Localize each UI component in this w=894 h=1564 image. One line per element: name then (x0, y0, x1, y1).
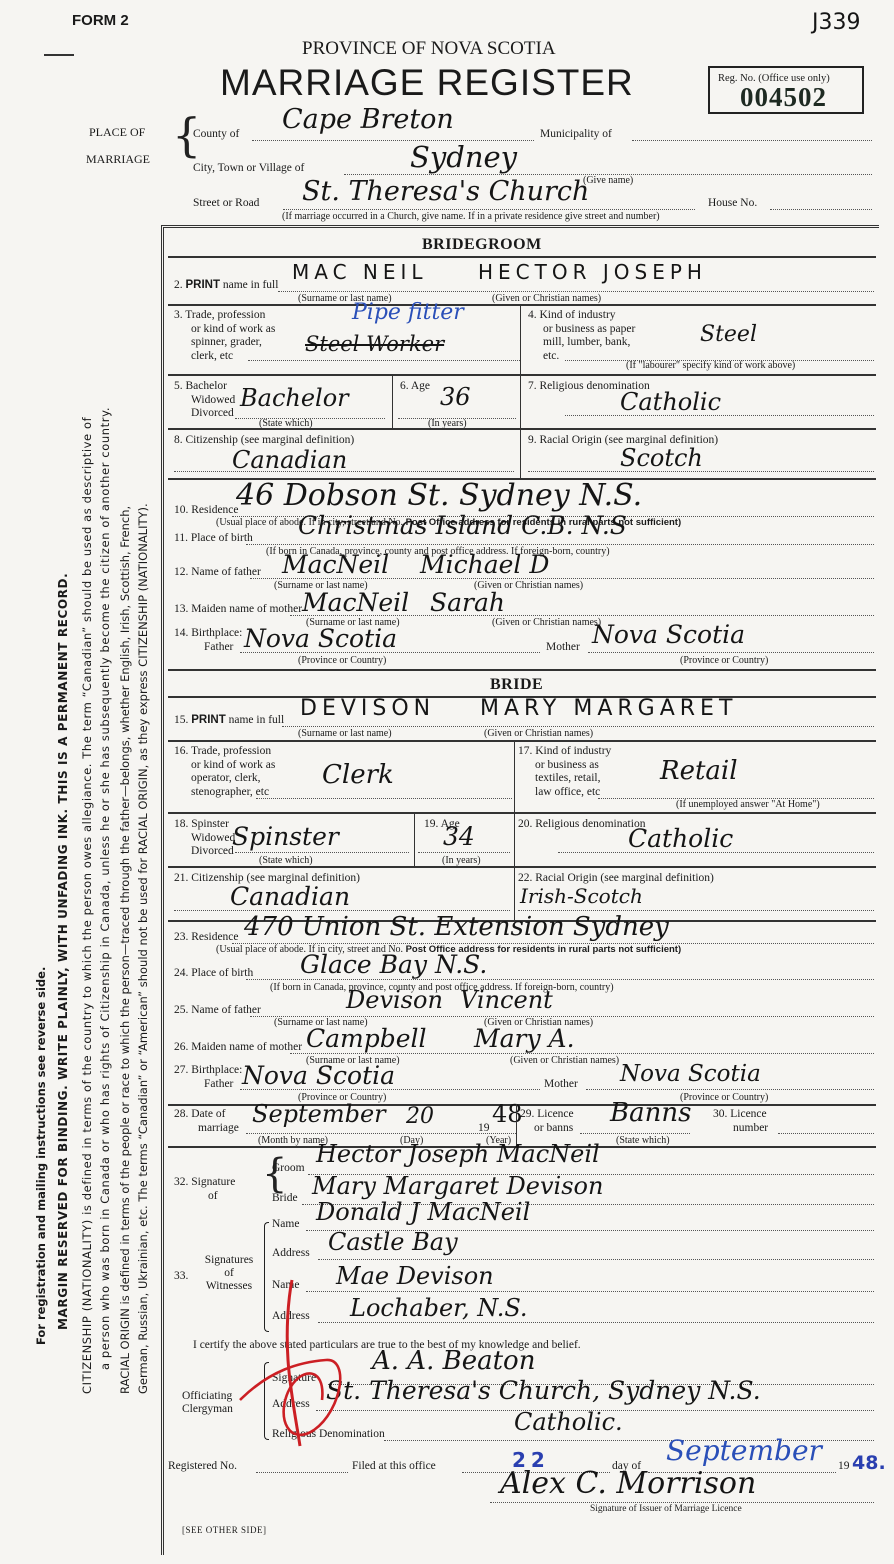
registered-no-line (256, 1472, 348, 1473)
divider-v (392, 374, 393, 428)
groom-age[interactable]: 36 (440, 383, 471, 411)
witness-1-address-line (318, 1259, 874, 1260)
field-29-line (580, 1133, 690, 1134)
give-name-note: (Give name) (583, 175, 633, 186)
street-label: Street or Road (193, 197, 259, 209)
field-18-line (235, 852, 409, 853)
divider (168, 428, 876, 430)
bride-father-surname[interactable]: Devison (346, 986, 443, 1014)
groom-residence[interactable]: 46 Dobson St. Sydney N.S. (236, 478, 642, 513)
bride-birthplace[interactable]: Glace Bay N.S. (300, 950, 487, 979)
clergy-label: Officiating Clergyman (182, 1390, 233, 1416)
groom-trade[interactable]: Pipe fitter (352, 300, 464, 325)
field-8-line (174, 471, 514, 472)
field-22-label: 22. Racial Origin (see marginal definiti… (518, 872, 714, 884)
street-value[interactable]: St. Theresa's Church (302, 176, 589, 207)
witness-2-address[interactable]: Lochaber, N.S. (350, 1294, 528, 1322)
age-sub: (In years) (442, 855, 481, 866)
margin-line-1: For registration and mailing instruction… (34, 0, 48, 1345)
section-title-bride: BRIDE (490, 676, 543, 694)
field-11-label: 11. Place of birth (174, 532, 253, 544)
red-checkmark-annotation (230, 1270, 360, 1450)
street-line (283, 209, 695, 210)
municipality-label: Municipality of (540, 128, 612, 140)
marriage-month[interactable]: September (252, 1100, 386, 1128)
bride-mother-surname[interactable]: Campbell (306, 1024, 427, 1053)
surname-sub: (Surname or last name) (298, 728, 392, 739)
field-30-label: 30. Licence (713, 1108, 767, 1120)
field-14-label-mother: Mother (546, 641, 580, 653)
groom-father-given[interactable]: Michael D (420, 550, 549, 579)
bride-father-given[interactable]: Vincent (460, 986, 553, 1014)
bride-industry[interactable]: Retail (660, 756, 738, 786)
field-12-label: 12. Name of father (174, 566, 261, 578)
filed-year-prefix: 19 (838, 1460, 850, 1472)
corner-note: J339 (812, 10, 860, 35)
groom-trade-struck: Steel Worker (305, 332, 444, 356)
groom-father-surname[interactable]: MacNeil (282, 550, 389, 579)
field-4-label: 4. Kind of industry or business as paper… (528, 309, 635, 363)
groom-mother-birthplace[interactable]: Nova Scotia (592, 620, 745, 649)
field-30-line (778, 1133, 874, 1134)
groom-sig-label: Groom (272, 1162, 305, 1174)
municipality-line (632, 140, 872, 141)
field-13-label: 13. Maiden name of mother (174, 603, 302, 615)
city-value[interactable]: Sydney (410, 140, 517, 174)
reg-number-box: Reg. No. (Office use only) 004502 (708, 66, 864, 114)
bride-father-birthplace[interactable]: Nova Scotia (242, 1061, 395, 1090)
bride-religion[interactable]: Catholic (628, 824, 733, 853)
margin-line-3: CITIZENSHIP (NATIONALITY) is defined in … (80, 0, 94, 1394)
groom-mother-surname[interactable]: MacNeil (302, 588, 409, 617)
field-15-label: 15. PRINT name in full (174, 714, 284, 726)
province-sub: (Province or Country) (298, 655, 386, 666)
field-4-sub: (If "labourer" specify kind of work abov… (626, 360, 795, 371)
see-other-side-note: [SEE OTHER SIDE] (182, 1525, 267, 1535)
section-title-bridegroom: BRIDEGROOM (422, 236, 542, 254)
reg-number: 004502 (740, 82, 827, 113)
province-sub: (Province or Country) (680, 1092, 768, 1103)
field-28-label-b: marriage (198, 1122, 239, 1134)
bride-surname[interactable]: DEVISON (300, 696, 435, 721)
given-sub: (Given or Christian names) (484, 728, 593, 739)
clergy-signature[interactable]: A. A. Beaton (372, 1346, 535, 1376)
field-2-label: 2. PRINT name in full (174, 279, 278, 291)
groom-industry[interactable]: Steel (700, 322, 757, 347)
divider (168, 304, 876, 306)
field-22-line (518, 910, 874, 911)
marriage-year[interactable]: 48 (492, 1100, 523, 1128)
marriage-day[interactable]: 20 (406, 1104, 434, 1129)
bride-citizenship[interactable]: Canadian (230, 882, 350, 911)
field-17-label: 17. Kind of industry or business as text… (518, 745, 611, 799)
field-15-line (282, 726, 874, 727)
field-9-line (528, 471, 874, 472)
divider (168, 740, 876, 742)
status-sub: (State which) (259, 855, 313, 866)
field-16-line (256, 798, 512, 799)
field-3-label: 3. Trade, profession or kind of work as … (174, 309, 275, 363)
bride-mother-given[interactable]: Mary A. (474, 1024, 575, 1053)
witness-2-address-line (318, 1322, 874, 1323)
bride-mother-birthplace[interactable]: Nova Scotia (620, 1061, 761, 1087)
field-29-label-b: or banns (534, 1122, 573, 1134)
bride-status[interactable]: Spinster (232, 822, 339, 851)
groom-surname[interactable]: MAC NEIL (292, 260, 428, 284)
page-title: MARRIAGE REGISTER (220, 62, 634, 104)
groom-given[interactable]: HECTOR JOSEPH (478, 260, 707, 284)
field-25-label: 25. Name of father (174, 1004, 261, 1016)
field-26-line (290, 1053, 874, 1054)
field-29-label: 29. Licence (520, 1108, 574, 1120)
field-21-line (174, 910, 510, 911)
province-title: PROVINCE OF NOVA SCOTIA (302, 38, 556, 60)
bride-given[interactable]: MARY MARGARET (480, 696, 737, 721)
divider (168, 866, 876, 868)
clergy-address[interactable]: St. Theresa's Church, Sydney N.S. (326, 1376, 761, 1405)
field-14-label: 14. Birthplace: (174, 627, 242, 639)
field-11-line (246, 544, 874, 545)
county-label: County of (193, 128, 239, 140)
divider-v (520, 428, 521, 478)
licence-or-banns[interactable]: Banns (610, 1098, 691, 1128)
field-27-label: 27. Birthplace: (174, 1064, 242, 1076)
bride-signature[interactable]: Mary Margaret Devison (312, 1172, 603, 1200)
groom-racial-origin[interactable]: Scotch (620, 444, 703, 472)
bride-sig-label: Bride (272, 1192, 298, 1204)
field-27-label-mother: Mother (544, 1078, 578, 1090)
witness-1-address-label: Address (272, 1247, 310, 1259)
bride-age[interactable]: 34 (443, 822, 475, 851)
field-10-label: 10. Residence (174, 504, 239, 516)
groom-father-birthplace[interactable]: Nova Scotia (244, 624, 397, 653)
margin-line-2: MARGIN RESERVED FOR BINDING. WRITE PLAIN… (56, 0, 70, 1330)
issuer-signature[interactable]: Alex C. Morrison (500, 1466, 756, 1501)
divider (168, 669, 876, 671)
field-3-line (248, 360, 520, 361)
house-line (770, 209, 872, 210)
given-sub: (Given or Christian names) (492, 617, 601, 628)
field-26-label: 26. Maiden name of mother (174, 1041, 302, 1053)
margin-line-4: a person who was born in Canada or who h… (98, 0, 112, 1370)
divider-v (514, 740, 515, 922)
groom-mother-given[interactable]: Sarah (430, 588, 505, 617)
divider (168, 256, 876, 258)
issuer-label: Signature of Issuer of Marriage Licence (590, 1504, 742, 1514)
divider-v (414, 812, 415, 866)
field-23-label: 23. Residence (174, 931, 239, 943)
field-33-num: 33. (174, 1270, 188, 1282)
city-label: City, Town or Village of (193, 162, 304, 174)
field-28-label: 28. Date of (174, 1108, 225, 1120)
field-32-label-b: of (208, 1190, 218, 1202)
clergy-denomination[interactable]: Catholic. (514, 1408, 623, 1436)
brace: { (262, 1154, 287, 1194)
field-6-label: 6. Age (400, 380, 430, 392)
field-16-label: 16. Trade, profession or kind of work as… (174, 745, 275, 799)
field-14-mother-line (588, 652, 874, 653)
field-32-label: 32. Signature (174, 1176, 235, 1188)
divider (168, 374, 876, 376)
field-28-line (246, 1133, 516, 1134)
house-label: House No. (708, 197, 757, 209)
groom-citizenship[interactable]: Canadian (232, 446, 347, 474)
margin-line-6: German, Russian, Ukrainian, etc. The ter… (136, 0, 150, 1394)
registered-no-label: Registered No. (168, 1460, 237, 1472)
field-18-label: 18. Spinster Widowed Divorced (174, 818, 235, 859)
field-14-label-father: Father (204, 641, 233, 653)
bride-trade[interactable]: Clerk (322, 760, 394, 790)
field-5-label: 5. Bachelor Widowed Divorced (174, 380, 235, 421)
binding-margin: For registration and mailing instruction… (0, 0, 160, 1564)
groom-status[interactable]: Bachelor (240, 384, 349, 412)
filed-year[interactable]: 48. (852, 1452, 886, 1474)
province-sub: (Province or Country) (680, 655, 768, 666)
margin-line-5: RACIAL ORIGIN is defined in terms of the… (118, 0, 132, 1394)
filed-month[interactable]: September (666, 1434, 822, 1467)
county-value[interactable]: Cape Breton (282, 104, 454, 135)
divider (168, 812, 876, 814)
field-17-sub: (If unemployed answer "At Home") (676, 799, 820, 810)
given-sub: (Given or Christian names) (492, 293, 601, 304)
field-2-line (278, 291, 874, 292)
bride-racial-origin[interactable]: Irish-Scotch (520, 884, 643, 908)
witness-1-name-label: Name (272, 1218, 299, 1230)
divider-v (520, 304, 521, 428)
bride-residence[interactable]: 470 Union St. Extension Sydney (244, 912, 669, 942)
year-prefix: 19 (478, 1122, 490, 1134)
groom-birthplace[interactable]: Christmas Island C.B. N.S (298, 511, 627, 540)
witness-2-name-line (306, 1291, 874, 1292)
banns-sub: (State which) (616, 1135, 670, 1146)
groom-religion[interactable]: Catholic (620, 388, 721, 416)
field-27-label-father: Father (204, 1078, 233, 1090)
field-24-label: 24. Place of birth (174, 967, 253, 979)
field-30-label-b: number (733, 1122, 768, 1134)
field-20-label: 20. Religious denomination (518, 818, 645, 830)
field-8-label: 8. Citizenship (see marginal definition) (174, 434, 354, 446)
witness-1-name[interactable]: Donald J MacNeil (316, 1198, 530, 1226)
given-sub: (Given or Christian names) (510, 1055, 619, 1066)
field-27-mother-line (586, 1089, 874, 1090)
place-note: (If marriage occurred in a Church, give … (282, 211, 660, 222)
issuer-signature-line (490, 1502, 874, 1503)
field-19-line (418, 852, 510, 853)
witness-1-address[interactable]: Castle Bay (328, 1228, 458, 1256)
field-24-line (246, 979, 874, 980)
groom-signature[interactable]: Hector Joseph MacNeil (316, 1140, 600, 1168)
filed-label: Filed at this office (352, 1460, 436, 1472)
